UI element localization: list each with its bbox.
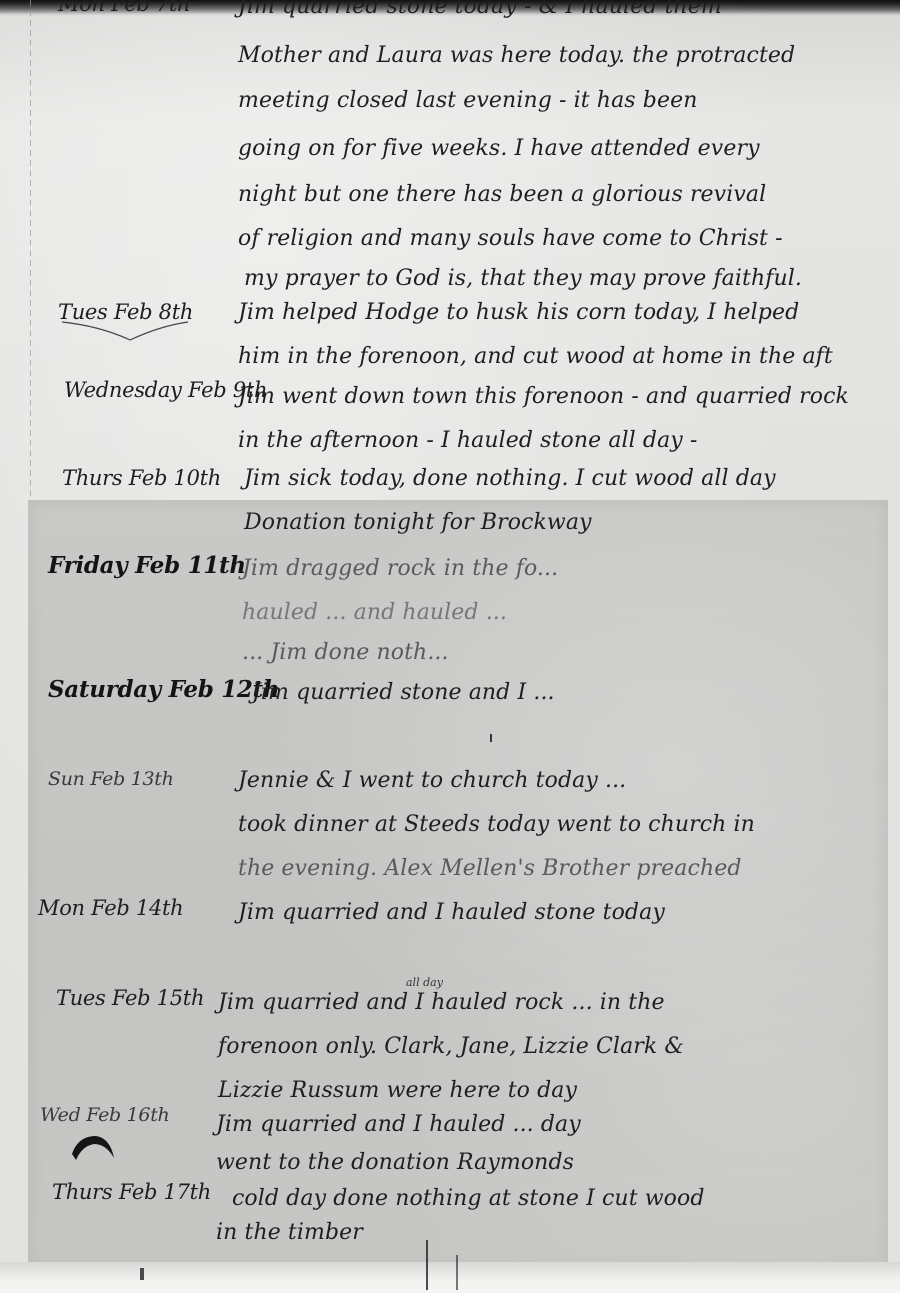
entry-line: ... Jim done noth... xyxy=(242,640,449,665)
scan-mark xyxy=(140,1268,144,1280)
entry-line: going on for five weeks. I have attended… xyxy=(238,136,760,161)
entry-line: night but one there has been a glorious … xyxy=(238,182,766,207)
curly-bracket-icon xyxy=(60,320,190,350)
entry-date: Wednesday Feb 9th xyxy=(64,378,267,402)
entry-line: went to the donation Raymonds xyxy=(216,1150,574,1175)
entry-line: Lizzie Russum were here to day xyxy=(218,1078,577,1103)
entry-line: him in the forenoon, and cut wood at hom… xyxy=(238,344,833,369)
entry-date: Mon Feb 7th xyxy=(58,0,190,16)
entry-date: Wed Feb 16th xyxy=(40,1104,169,1126)
entry-line: of religion and many souls have come to … xyxy=(238,226,783,251)
entry-line: Jim helped Hodge to husk his corn today,… xyxy=(238,300,799,325)
scan-mark xyxy=(426,1240,428,1290)
entry-line: Jim dragged rock in the fo... xyxy=(242,556,558,581)
entry-date: Saturday Feb 12th xyxy=(48,676,279,703)
entry-date: Friday Feb 11th xyxy=(48,552,246,579)
entry-line: the evening. Alex Mellen's Brother preac… xyxy=(238,856,742,881)
entry-line: forenoon only. Clark, Jane, Lizzie Clark… xyxy=(218,1034,684,1059)
entry-line: Jim quarried and I hauled stone today xyxy=(238,900,665,925)
entry-date: Sun Feb 13th xyxy=(48,768,174,790)
interlinear-insertion: all day xyxy=(406,976,443,989)
entry-line: in the timber xyxy=(216,1220,363,1245)
entry-line: cold day done nothing at stone I cut woo… xyxy=(232,1186,705,1211)
entry-line: Jennie & I went to church today ... xyxy=(238,768,626,793)
ink-blot-icon xyxy=(68,1132,118,1162)
diary-page: Mon Feb 7th Jim quarried stone today - &… xyxy=(0,0,900,1293)
entry-line: Jim quarried and I hauled ... day xyxy=(216,1112,581,1137)
entry-line: Jim quarried and I hauled rock ... in th… xyxy=(218,990,665,1015)
bottom-edge xyxy=(0,1262,900,1293)
entry-line: Jim went down town this forenoon - and q… xyxy=(238,384,849,409)
entry-date: Thurs Feb 10th xyxy=(62,466,221,490)
entry-line: meeting closed last evening - it has bee… xyxy=(238,88,697,113)
scan-mark xyxy=(456,1255,458,1290)
entry-line: Mother and Laura was here today. the pro… xyxy=(238,43,795,68)
entry-line: hauled ... and hauled ... xyxy=(242,600,507,625)
entry-line: Jim quarried stone and I ... xyxy=(252,680,555,705)
entry-date: Thurs Feb 17th xyxy=(52,1180,211,1204)
entry-line: my prayer to God is, that they may prove… xyxy=(244,266,802,291)
entry-line: Donation tonight for Brockway xyxy=(244,510,592,535)
entry-line: Jim sick today, done nothing. I cut wood… xyxy=(244,466,776,491)
entry-date: Mon Feb 14th xyxy=(38,896,183,920)
entry-date: Tues Feb 15th xyxy=(56,986,204,1010)
entry-line: took dinner at Steeds today went to chur… xyxy=(238,812,755,837)
entry-line: in the afternoon - I hauled stone all da… xyxy=(238,428,697,453)
scan-mark xyxy=(490,734,492,742)
entry-line: Jim quarried stone today - & I hauled th… xyxy=(238,0,722,19)
